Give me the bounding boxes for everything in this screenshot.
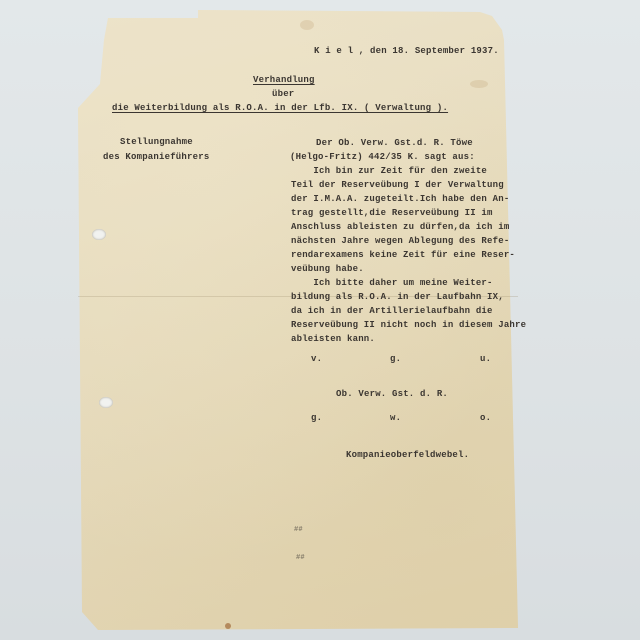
gwo-o: o. xyxy=(480,413,491,424)
body-line: der I.M.A.A. zugeteilt.Ich habe den An- xyxy=(291,194,509,205)
body-line: (Helgo-Fritz) 442/35 K. sagt aus: xyxy=(290,152,475,163)
body-line: veübung habe. xyxy=(291,264,364,275)
document-title-sub: über xyxy=(272,89,294,100)
body-line: Ich bitte daher um meine Weiter- xyxy=(291,278,493,289)
body-line: trag gestellt,die Reserveübung II im xyxy=(291,208,493,219)
body-line: bildung als R.O.A. in der Laufbahn IX, xyxy=(291,292,504,303)
body-line: nächsten Jahre wegen Ablegung des Refe- xyxy=(291,236,509,247)
faint-mark: ## xyxy=(296,553,305,564)
vgu-u: u. xyxy=(480,354,491,365)
body-line: Ich bin zur Zeit für den zweite xyxy=(291,166,487,177)
punch-hole-upper xyxy=(92,229,106,240)
vgu-g: g. xyxy=(390,354,401,365)
left-label-line2: des Kompanieführers xyxy=(103,152,209,163)
stain-mark xyxy=(225,623,231,629)
stain-mark xyxy=(300,20,314,30)
body-line: ableisten kann. xyxy=(291,334,375,345)
signer-rank: Ob. Verw. Gst. d. R. xyxy=(336,389,448,400)
body-line: Teil der Reserveübung I der Verwaltung xyxy=(291,180,504,191)
body-line: Reserveübung II nicht noch in diesem Jah… xyxy=(291,320,526,331)
place-date: K i e l , den 18. September 1937. xyxy=(314,46,499,57)
vgu-v: v. xyxy=(311,354,322,365)
body-line: Anschluss ableisten zu dürfen,da ich im xyxy=(291,222,509,233)
document-subject: die Weiterbildung als R.O.A. in der Lfb.… xyxy=(112,103,448,114)
stain-mark xyxy=(470,80,488,88)
document-title: Verhandlung xyxy=(253,75,315,86)
body-line: da ich in der Artillerielaufbahn die xyxy=(291,306,493,317)
closing-signature-title: Kompanieoberfeldwebel. xyxy=(346,450,469,461)
gwo-g: g. xyxy=(311,413,322,424)
body-line: rendarexamens keine Zeit für eine Reser- xyxy=(291,250,515,261)
punch-hole-lower xyxy=(99,397,113,408)
body-line: Der Ob. Verw. Gst.d. R. Töwe xyxy=(316,138,473,149)
gwo-w: w. xyxy=(390,413,401,424)
faint-mark: ## xyxy=(294,525,303,536)
left-label-line1: Stellungnahme xyxy=(120,137,193,148)
